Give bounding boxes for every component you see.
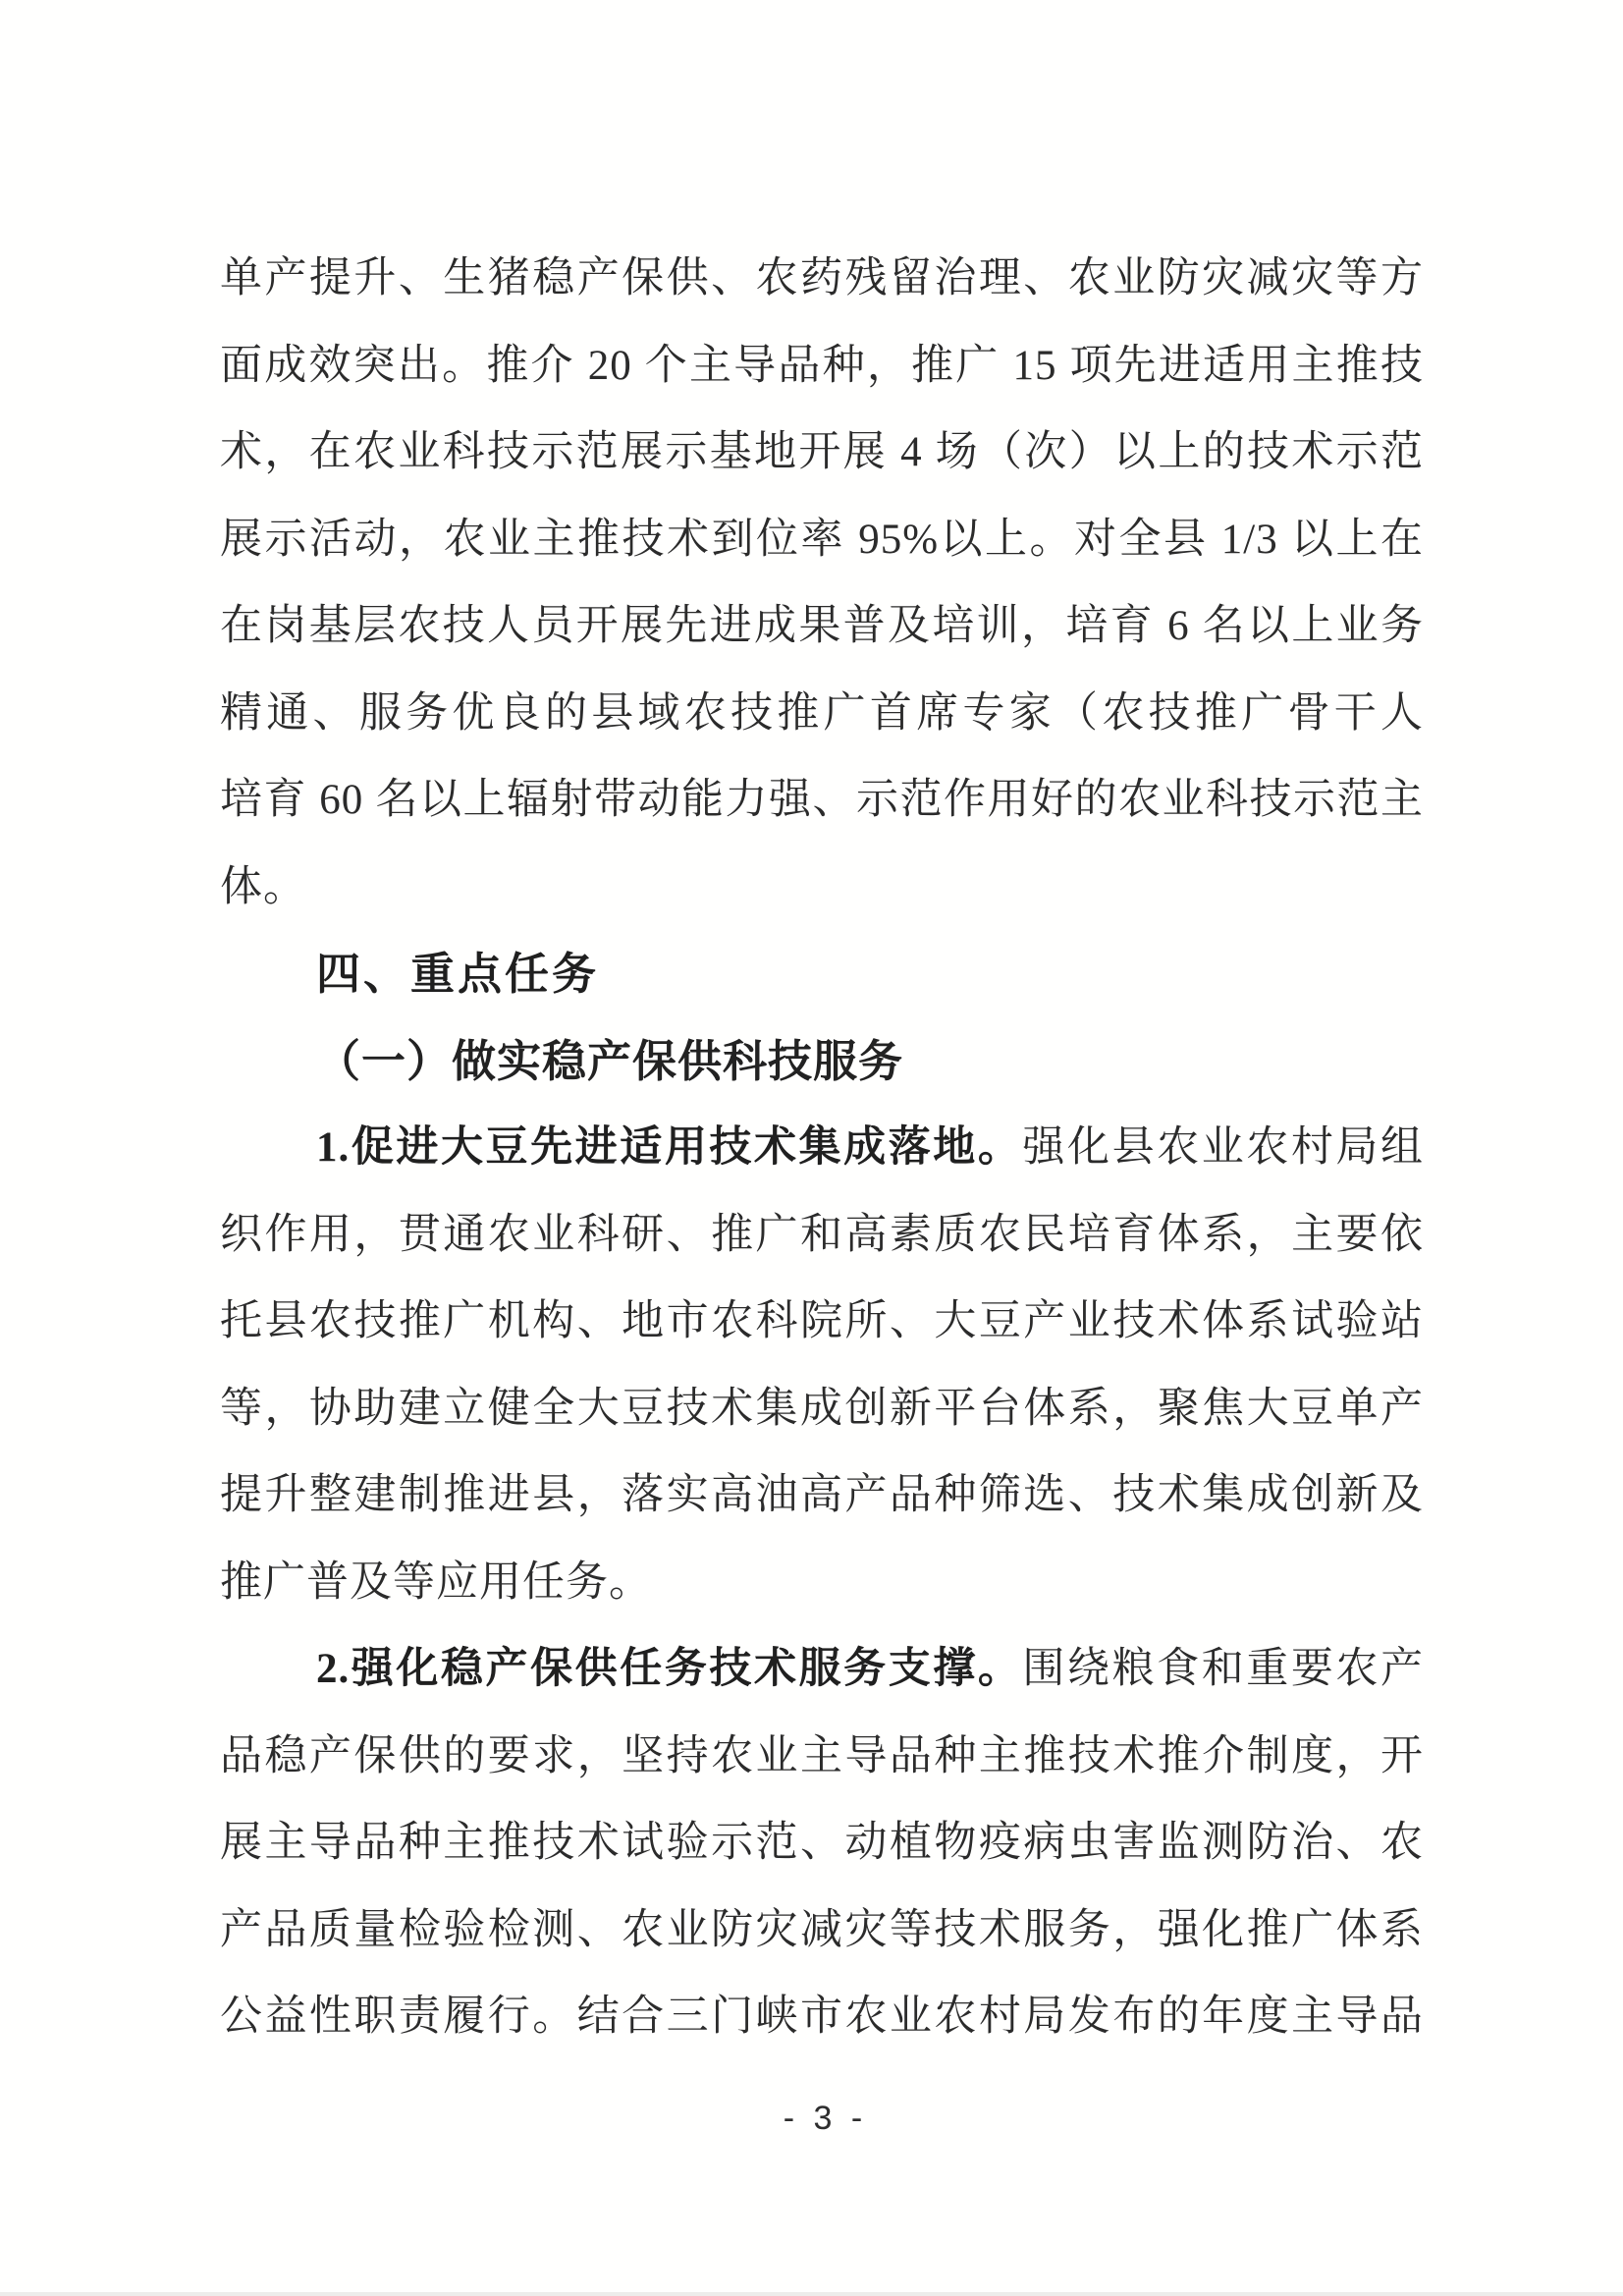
body-line: 面成效突出。推介 20 个主导品种，推广 15 项先进适用主推技 xyxy=(220,323,1424,410)
body-line: 在岗基层农技人员开展先进成果普及培训，培育 6 名以上业务 xyxy=(220,583,1424,671)
page-number: - 3 - xyxy=(0,2100,1623,2138)
document-page: 单产提升、生猪稳产保供、农药残留治理、农业防灾减灾等方 面成效突出。推介 20 … xyxy=(0,0,1623,2296)
task-1-first-line: 1.促进大豆先进适用技术集成落地。强化县农业农村局组 xyxy=(220,1105,1424,1192)
body-line: 推广普及等应用任务。 xyxy=(220,1540,1424,1627)
section-heading: 四、重点任务 xyxy=(220,931,1424,1018)
body-line: 术，在农业科技示范展示基地开展 4 场（次）以上的技术示范 xyxy=(220,410,1424,497)
task-1-first-line-rest: 强化县农业农村局组 xyxy=(1022,1124,1424,1171)
task-2-lead: 2.强化稳产保供任务技术服务支撑。 xyxy=(316,1646,1022,1692)
task-1-lead: 1.促进大豆先进适用技术集成落地。 xyxy=(316,1124,1022,1171)
body-line: 展主导品种主推技术试验示范、动植物疫病虫害监测防治、农 xyxy=(220,1800,1424,1887)
body-line: 单产提升、生猪稳产保供、农药残留治理、农业防灾减灾等方 xyxy=(220,236,1424,323)
body-line: 提升整建制推进县，落实高油高产品种筛选、技术集成创新及 xyxy=(220,1452,1424,1540)
body-line: 织作用，贯通农业科研、推广和高素质农民培育体系，主要依 xyxy=(220,1192,1424,1280)
body-line: 体。 xyxy=(220,845,1424,932)
body-line: 展示活动，农业主推技术到位率 95%以上。对全县 1/3 以上在编 xyxy=(220,497,1424,584)
scan-artifact-bottom-edge xyxy=(0,2292,1623,2296)
task-2-first-line: 2.强化稳产保供任务技术服务支撑。围绕粮食和重要农产 xyxy=(220,1626,1424,1714)
body-line: 培育 60 名以上辐射带动能力强、示范作用好的农业科技示范主 xyxy=(220,757,1424,845)
body-line: 托县农技推广机构、地市农科院所、大豆产业技术体系试验站 xyxy=(220,1279,1424,1366)
body-line: 等，协助建立健全大豆技术集成创新平台体系，聚焦大豆单产 xyxy=(220,1366,1424,1453)
subsection-heading: （一）做实稳产保供科技服务 xyxy=(220,1018,1424,1106)
body-line: 公益性职责履行。结合三门峡市农业农村局发布的年度主导品 xyxy=(220,1974,1424,2061)
body-line: 品稳产保供的要求，坚持农业主导品种主推技术推介制度，开 xyxy=(220,1714,1424,1801)
body-line: 产品质量检验检测、农业防灾减灾等技术服务，强化推广体系 xyxy=(220,1887,1424,1975)
task-2-first-line-rest: 围绕粮食和重要农产 xyxy=(1022,1646,1424,1692)
body-line: 精通、服务优良的县域农技推广首席专家（农技推广骨干人才）。 xyxy=(220,671,1424,758)
document-body: 单产提升、生猪稳产保供、农药残留治理、农业防灾减灾等方 面成效突出。推介 20 … xyxy=(220,236,1424,2061)
